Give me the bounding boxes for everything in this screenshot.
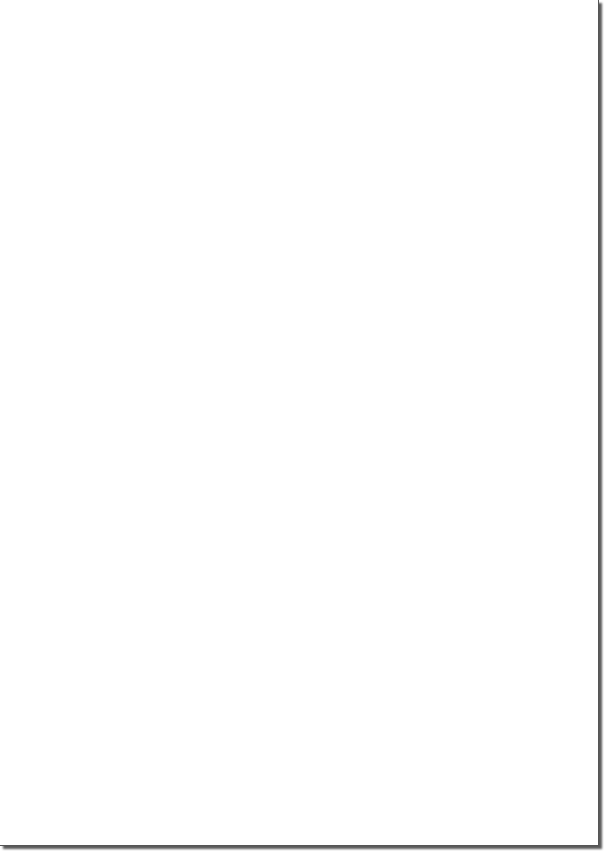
document-page <box>0 0 599 846</box>
